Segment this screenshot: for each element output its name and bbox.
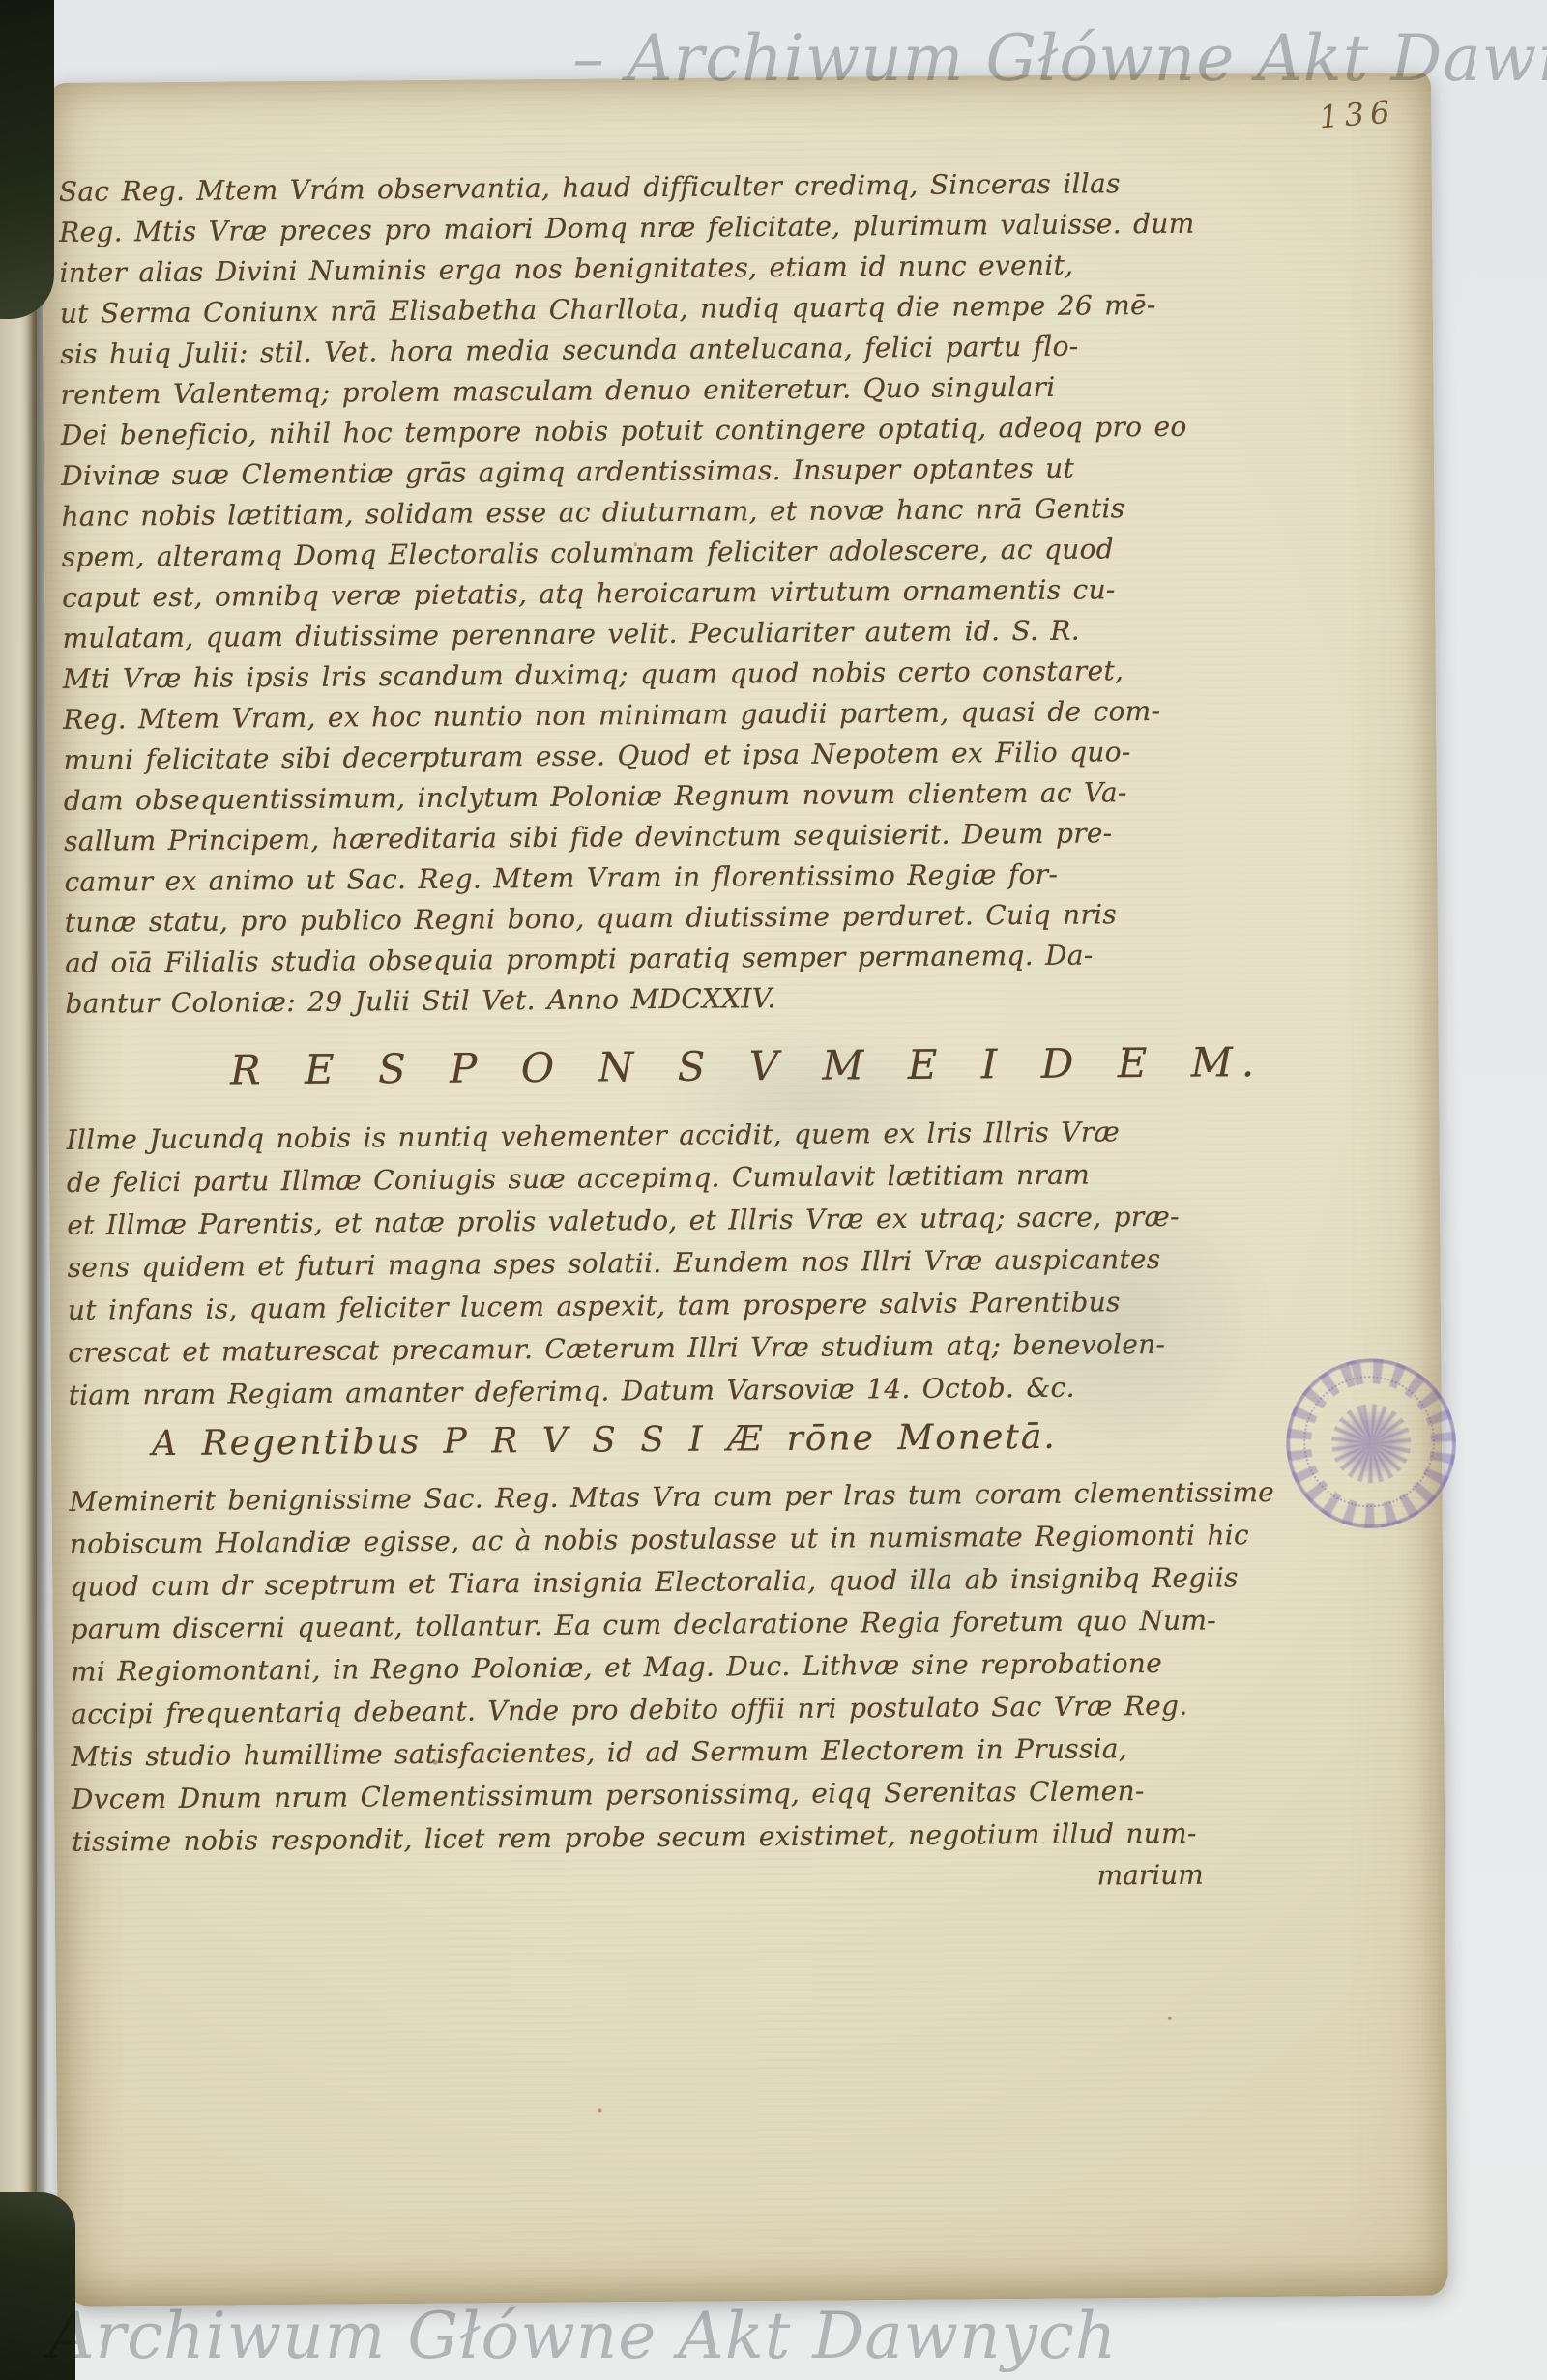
archival-stamp-inner-ring [1303, 1376, 1436, 1508]
folio-number: 136 [1318, 93, 1397, 135]
binding-corner-top-left [0, 0, 54, 319]
catchword: marium [1096, 1859, 1203, 1892]
archive-watermark-top: – Archiwum Główne Akt Dawnych [572, 21, 1547, 96]
paper-speck [598, 2109, 601, 2113]
responsum-heading: R E S P O N S V M E I D E M. [230, 1038, 1263, 1093]
manuscript-line: tiam nram Regiam amanter deferimq. Datum… [68, 1366, 1181, 1417]
paper-speck [1168, 2017, 1172, 2020]
manuscript-page: 136 Sac Reg. Mtem Vrám observantia, haud… [41, 73, 1448, 2307]
moneta-heading: A Regentibus P R V S S I Æ rōne Monetā. [152, 1417, 1057, 1464]
archive-watermark-bottom: Archiwum Główne Akt Dawnych [48, 2299, 1117, 2373]
responsum-paragraph: Illme Jucundq nobis is nuntiq vehementer… [66, 1111, 1181, 1417]
manuscript-line: tissime nobis respondit, licet rem probe… [72, 1812, 1277, 1864]
letter-to-king-paragraph: Sac Reg. Mtem Vrám observantia, haud dif… [59, 163, 1201, 1025]
manuscript-scan: { "archive_watermark": { "top": "– Archi… [0, 0, 1547, 2380]
manuscript-line: bantur Coloniæ: 29 Julii Stil Vet. Anno … [65, 975, 1201, 1025]
moneta-paragraph: Meminerit benignissime Sac. Reg. Mtas Vr… [69, 1471, 1277, 1864]
